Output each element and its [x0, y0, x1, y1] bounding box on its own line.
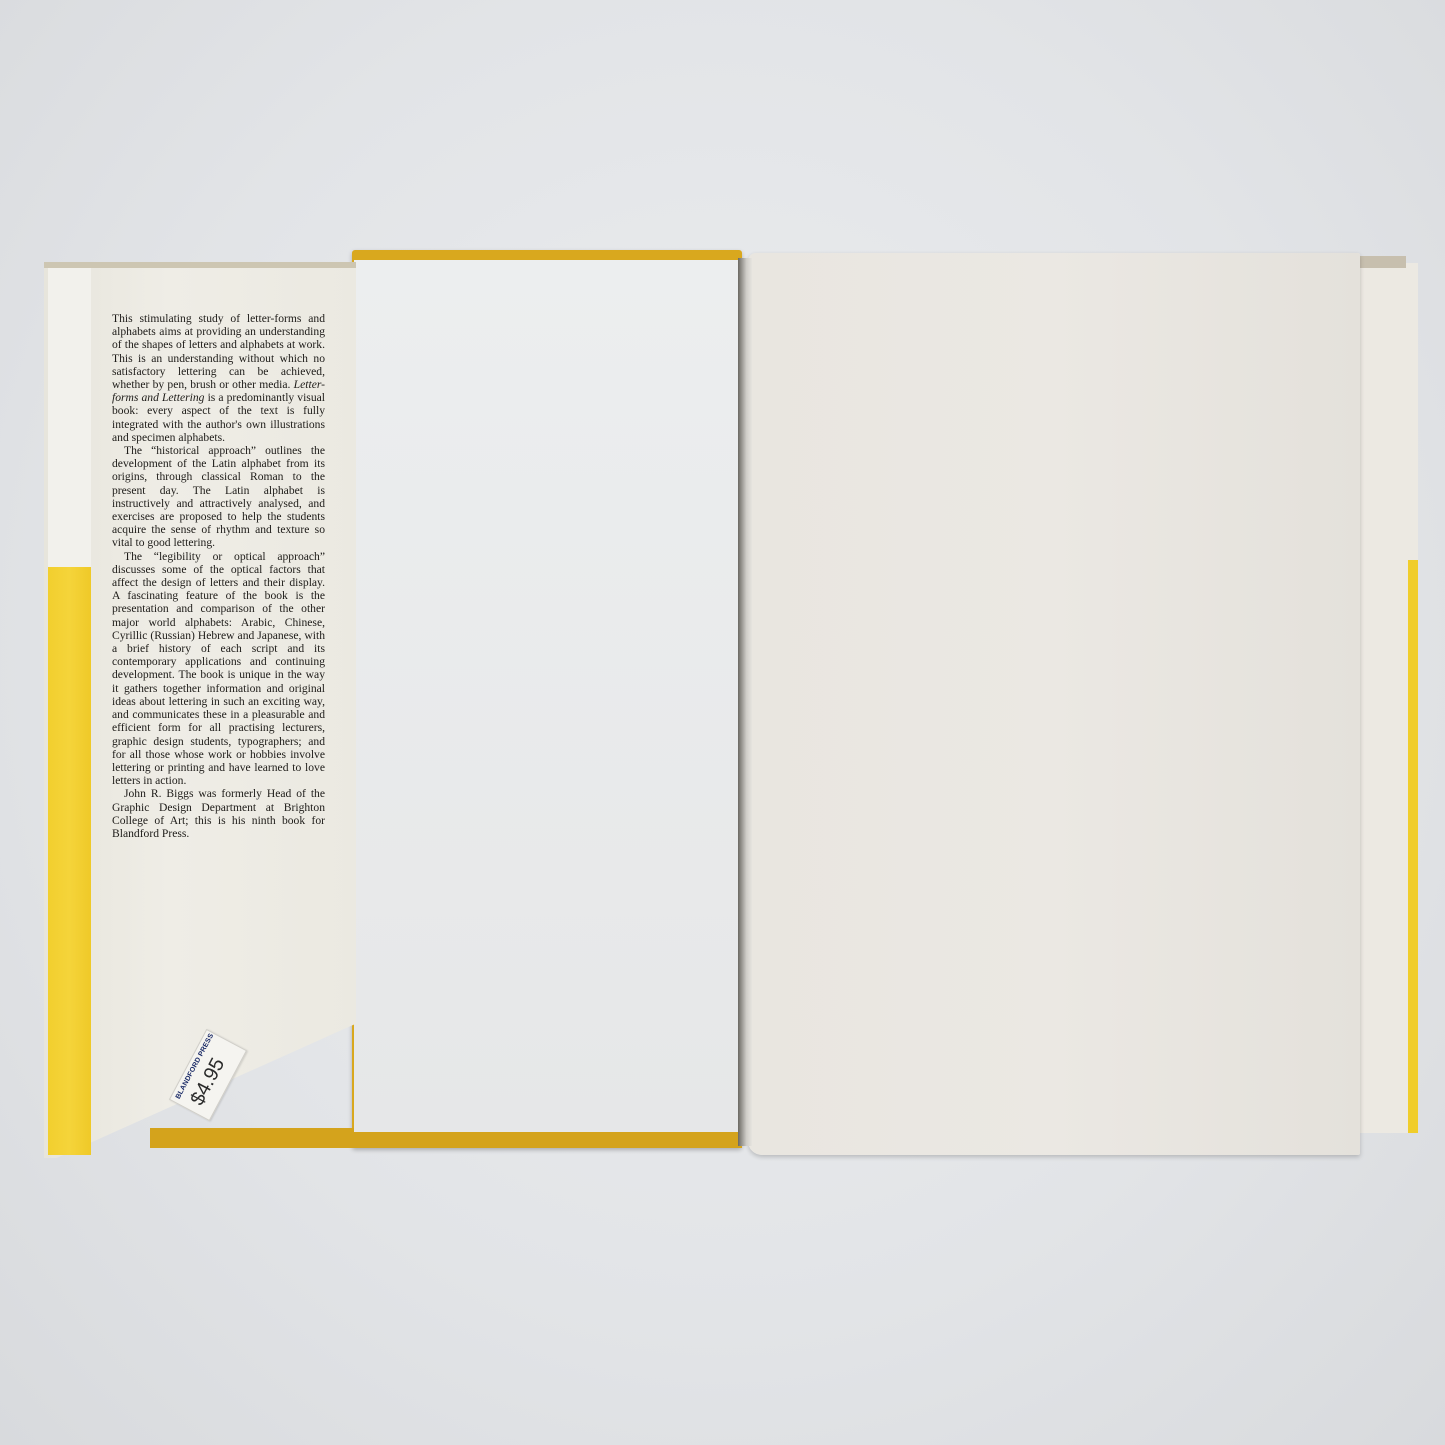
flap-edge-yellow — [48, 567, 91, 1155]
blurb-paragraph: This stimulating study of letter-forms a… — [112, 312, 325, 444]
right-blank-page — [748, 253, 1360, 1155]
author-bio: John R. Biggs was formerly Head of the G… — [112, 787, 325, 840]
blurb-paragraph: The “historical approach” outlines the d… — [112, 444, 325, 550]
flap-top-edge — [44, 262, 356, 268]
flap-blurb: This stimulating study of letter-forms a… — [112, 312, 325, 840]
flap-edge-white — [48, 268, 91, 567]
right-cover-yellow-edge — [1408, 560, 1418, 1133]
spine-gutter — [738, 258, 752, 1146]
blurb-paragraph: The “legibility or optical approach” dis… — [112, 550, 325, 788]
left-endpaper — [354, 260, 740, 1132]
